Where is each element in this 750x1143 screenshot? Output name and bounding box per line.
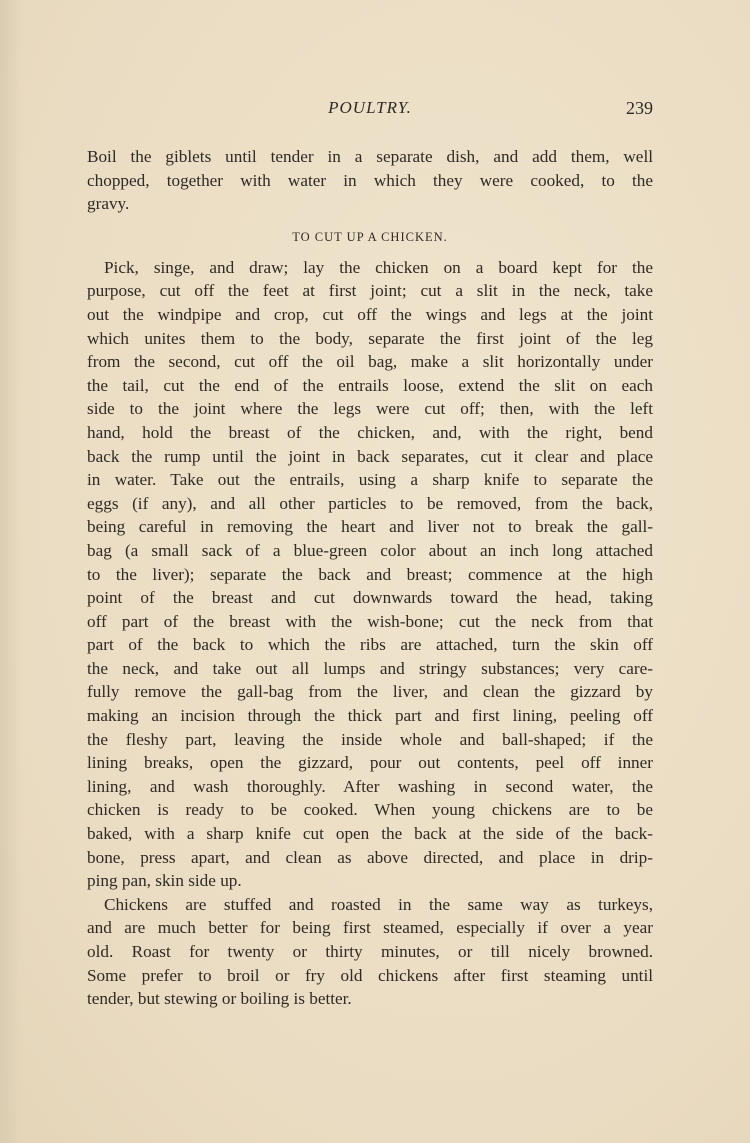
- page-header: POULTRY. 239: [87, 98, 653, 124]
- text-line: back the rump until the joint in back se…: [87, 445, 653, 469]
- text-line: being careful in removing the heart and …: [87, 515, 653, 539]
- text-line: lining, and wash thoroughly. After washi…: [87, 775, 653, 799]
- intro-paragraph: Boil the giblets until tender in a separ…: [87, 145, 653, 216]
- text-line: gravy.: [87, 192, 653, 216]
- text-line: and are much better for being first stea…: [87, 916, 653, 940]
- text-line: out the windpipe and crop, cut off the w…: [87, 303, 653, 327]
- text-line: tender, but stewing or boiling is better…: [87, 987, 653, 1011]
- text-line: part of the back to which the ribs are a…: [87, 633, 653, 657]
- text-line: which unites them to the body, separate …: [87, 327, 653, 351]
- text-line: the fleshy part, leaving the inside whol…: [87, 728, 653, 752]
- text-line: to the liver); separate the back and bre…: [87, 563, 653, 587]
- text-line: purpose, cut off the feet at first joint…: [87, 279, 653, 303]
- text-line: point of the breast and cut downwards to…: [87, 586, 653, 610]
- text-line: ping pan, skin side up.: [87, 869, 653, 893]
- paragraph-cut-up-chicken: Pick, singe, and draw; lay the chicken o…: [87, 256, 653, 893]
- text-line: the tail, cut the end of the entrails lo…: [87, 374, 653, 398]
- text-line: off part of the breast with the wish-bon…: [87, 610, 653, 634]
- text-line: fully remove the gall-bag from the liver…: [87, 680, 653, 704]
- paragraph-stuffed-roasted: Chickens are stuffed and roasted in the …: [87, 893, 653, 1011]
- text-line: chopped, together with water in which th…: [87, 169, 653, 193]
- text-line: Some prefer to broil or fry old chickens…: [87, 964, 653, 988]
- text-line: baked, with a sharp knife cut open the b…: [87, 822, 653, 846]
- text-line: from the second, cut off the oil bag, ma…: [87, 350, 653, 374]
- text-line: Pick, singe, and draw; lay the chicken o…: [87, 256, 653, 280]
- text-line: old. Roast for twenty or thirty minutes,…: [87, 940, 653, 964]
- text-line: making an incision through the thick par…: [87, 704, 653, 728]
- text-line: Boil the giblets until tender in a separ…: [87, 145, 653, 169]
- text-line: lining breaks, open the gizzard, pour ou…: [87, 751, 653, 775]
- body-text: Boil the giblets until tender in a separ…: [87, 145, 653, 1011]
- running-head: POULTRY.: [87, 98, 653, 118]
- text-line: the neck, and take out all lumps and str…: [87, 657, 653, 681]
- section-heading: TO CUT UP A CHICKEN.: [87, 228, 653, 246]
- text-line: hand, hold the breast of the chicken, an…: [87, 421, 653, 445]
- page-number: 239: [626, 98, 653, 119]
- text-line: Chickens are stuffed and roasted in the …: [87, 893, 653, 917]
- text-line: bag (a small sack of a blue-green color …: [87, 539, 653, 563]
- page-gutter-shadow: [0, 0, 22, 1143]
- text-line: chicken is ready to be cooked. When youn…: [87, 798, 653, 822]
- text-line: bone, press apart, and clean as above di…: [87, 846, 653, 870]
- text-line: eggs (if any), and all other particles t…: [87, 492, 653, 516]
- text-line: side to the joint where the legs were cu…: [87, 397, 653, 421]
- text-line: in water. Take out the entrails, using a…: [87, 468, 653, 492]
